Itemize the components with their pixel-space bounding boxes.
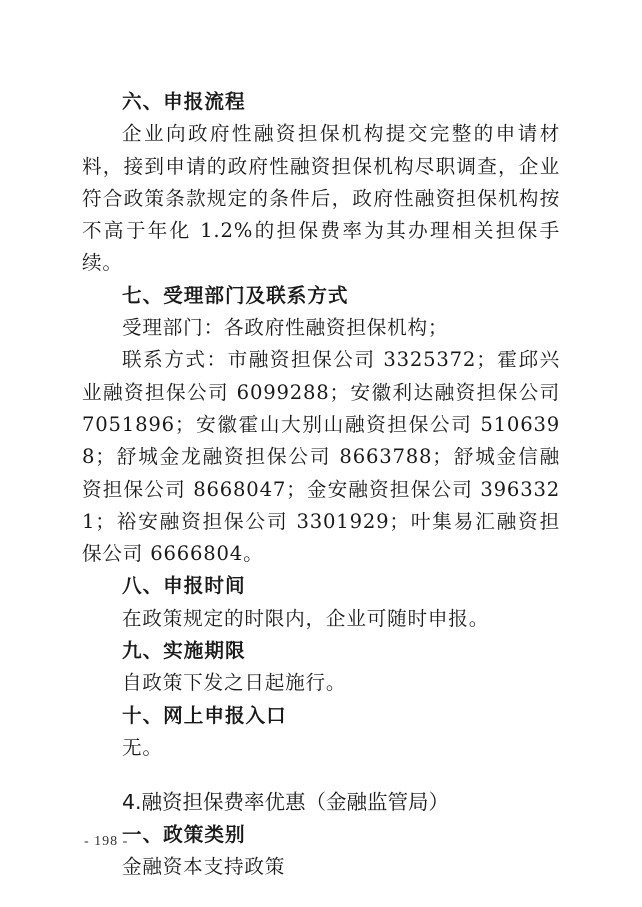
spacer xyxy=(82,764,560,786)
policy-title: 4.融资担保费率优惠（金融监管局） xyxy=(82,786,560,818)
implementation-period-body: 自政策下发之日起施行。 xyxy=(82,667,560,699)
accepting-department: 受理部门：各政府性融资担保机构； xyxy=(82,312,560,344)
section-heading-policy-category: 一、政策类别 xyxy=(82,819,560,851)
application-time-body: 在政策规定的时限内，企业可随时申报。 xyxy=(82,603,560,635)
section-heading-online-entry: 十、网上申报入口 xyxy=(82,700,560,732)
policy-category-body: 金融资本支持政策 xyxy=(82,851,560,883)
section-heading-application-process: 六、申报流程 xyxy=(82,86,560,118)
page-number: - 198 - xyxy=(84,834,128,850)
section-heading-implementation-period: 九、实施期限 xyxy=(82,635,560,667)
document-page: 六、申报流程 企业向政府性融资担保机构提交完整的申请材料，接到申请的政府性融资担… xyxy=(82,86,560,883)
section-heading-application-time: 八、申报时间 xyxy=(82,570,560,602)
contact-info: 联系方式：市融资担保公司 3325372；霍邱兴业融资担保公司 6099288；… xyxy=(82,344,560,570)
application-process-body: 企业向政府性融资担保机构提交完整的申请材料，接到申请的政府性融资担保机构尽职调查… xyxy=(82,118,560,279)
online-entry-body: 无。 xyxy=(82,732,560,764)
section-heading-department-contact: 七、受理部门及联系方式 xyxy=(82,280,560,312)
